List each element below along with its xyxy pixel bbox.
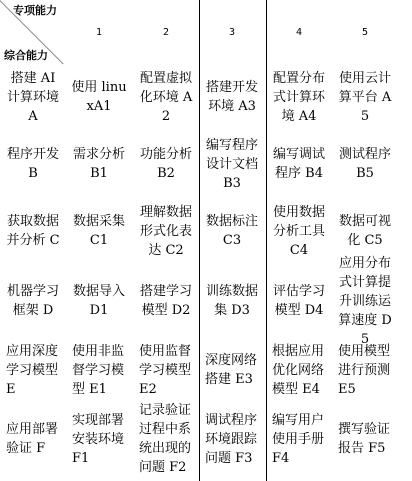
table-cell-B4: 编写调试程序 B4 (269, 133, 329, 195)
table-cell-E2: 使用监督学习模型 E2 (133, 340, 197, 400)
column-number-3: 3 (199, 27, 265, 38)
table-cell-B2: 功能分析 B2 (136, 133, 196, 195)
table-cell-D5: 应用分布式计算提升训练运算速度 D5 (335, 262, 395, 340)
table-cell-B3: 编写程序设计文档 B3 (202, 133, 262, 195)
table-cell-F3: 调试程序环境跟踪问题 F3 (199, 400, 263, 478)
table-cell-E4: 根据应用优化网络模型 E4 (266, 340, 330, 400)
table-cell-D1: 数据导入 D1 (69, 262, 129, 340)
table-cell-D3: 训练数据集 D3 (202, 262, 262, 340)
column-number-5: 5 (332, 27, 398, 38)
header-comprehensive-ability: 综合能力 (4, 47, 48, 63)
table-cell-F5: 撰写验证报告 F5 (332, 400, 396, 478)
table-cell-A4: 配置分布式计算环境 A4 (269, 66, 329, 128)
table-cell-E5: 使用模型进行预测 E5 (332, 340, 396, 400)
table-cell-A3: 搭建开发环境 A3 (202, 66, 262, 128)
table-cell-C: 获取数据并分析 C (3, 200, 63, 262)
table-cell-B1: 需求分析 B1 (69, 133, 129, 195)
table-cell-E: 应用深度学习模型 E (0, 340, 64, 400)
table-cell-F: 应用部署验证 F (0, 400, 64, 478)
table-cell-D2: 搭建学习模型 D2 (136, 262, 196, 340)
table-cell-F4: 编写用户使用手册 F4 (266, 400, 330, 478)
table-cell-F2: 记录验证过程中系统出现的问题 F2 (133, 400, 197, 478)
table-cell-B5: 测试程序 B5 (335, 133, 395, 195)
table-cell-C2: 理解数据形式化表达 C2 (136, 200, 196, 262)
table-cell-D4: 评估学习模型 D4 (269, 262, 329, 340)
table-cell-C3: 数据标注 C3 (202, 200, 262, 262)
header-specialized-ability: 专项能力 (13, 2, 57, 18)
column-number-1: 1 (66, 27, 132, 38)
table-cell-A1: 使用 linuxA1 (69, 66, 129, 128)
table-cell-C4: 使用数据分析工具 C4 (269, 200, 329, 262)
table-cell-F1: 实现部署安装环境 F1 (66, 400, 130, 478)
table-cell-E1: 使用非监督学习模型 E1 (66, 340, 130, 400)
table-cell-C1: 数据采集 C1 (69, 200, 129, 262)
table-cell-A2: 配置虚拟化环境 A2 (136, 66, 196, 128)
table-cell-A: 搭建 AI 计算环境 A (3, 66, 63, 128)
table-cell-D: 机器学习框架 D (3, 262, 63, 340)
column-number-2: 2 (133, 27, 199, 38)
table-cell-E3: 深度网络搭建 E3 (199, 340, 263, 400)
table-cell-A5: 使用云计算平台 A5 (335, 66, 395, 128)
column-number-4: 4 (266, 27, 332, 38)
table-cell-B: 程序开发 B (3, 133, 63, 195)
